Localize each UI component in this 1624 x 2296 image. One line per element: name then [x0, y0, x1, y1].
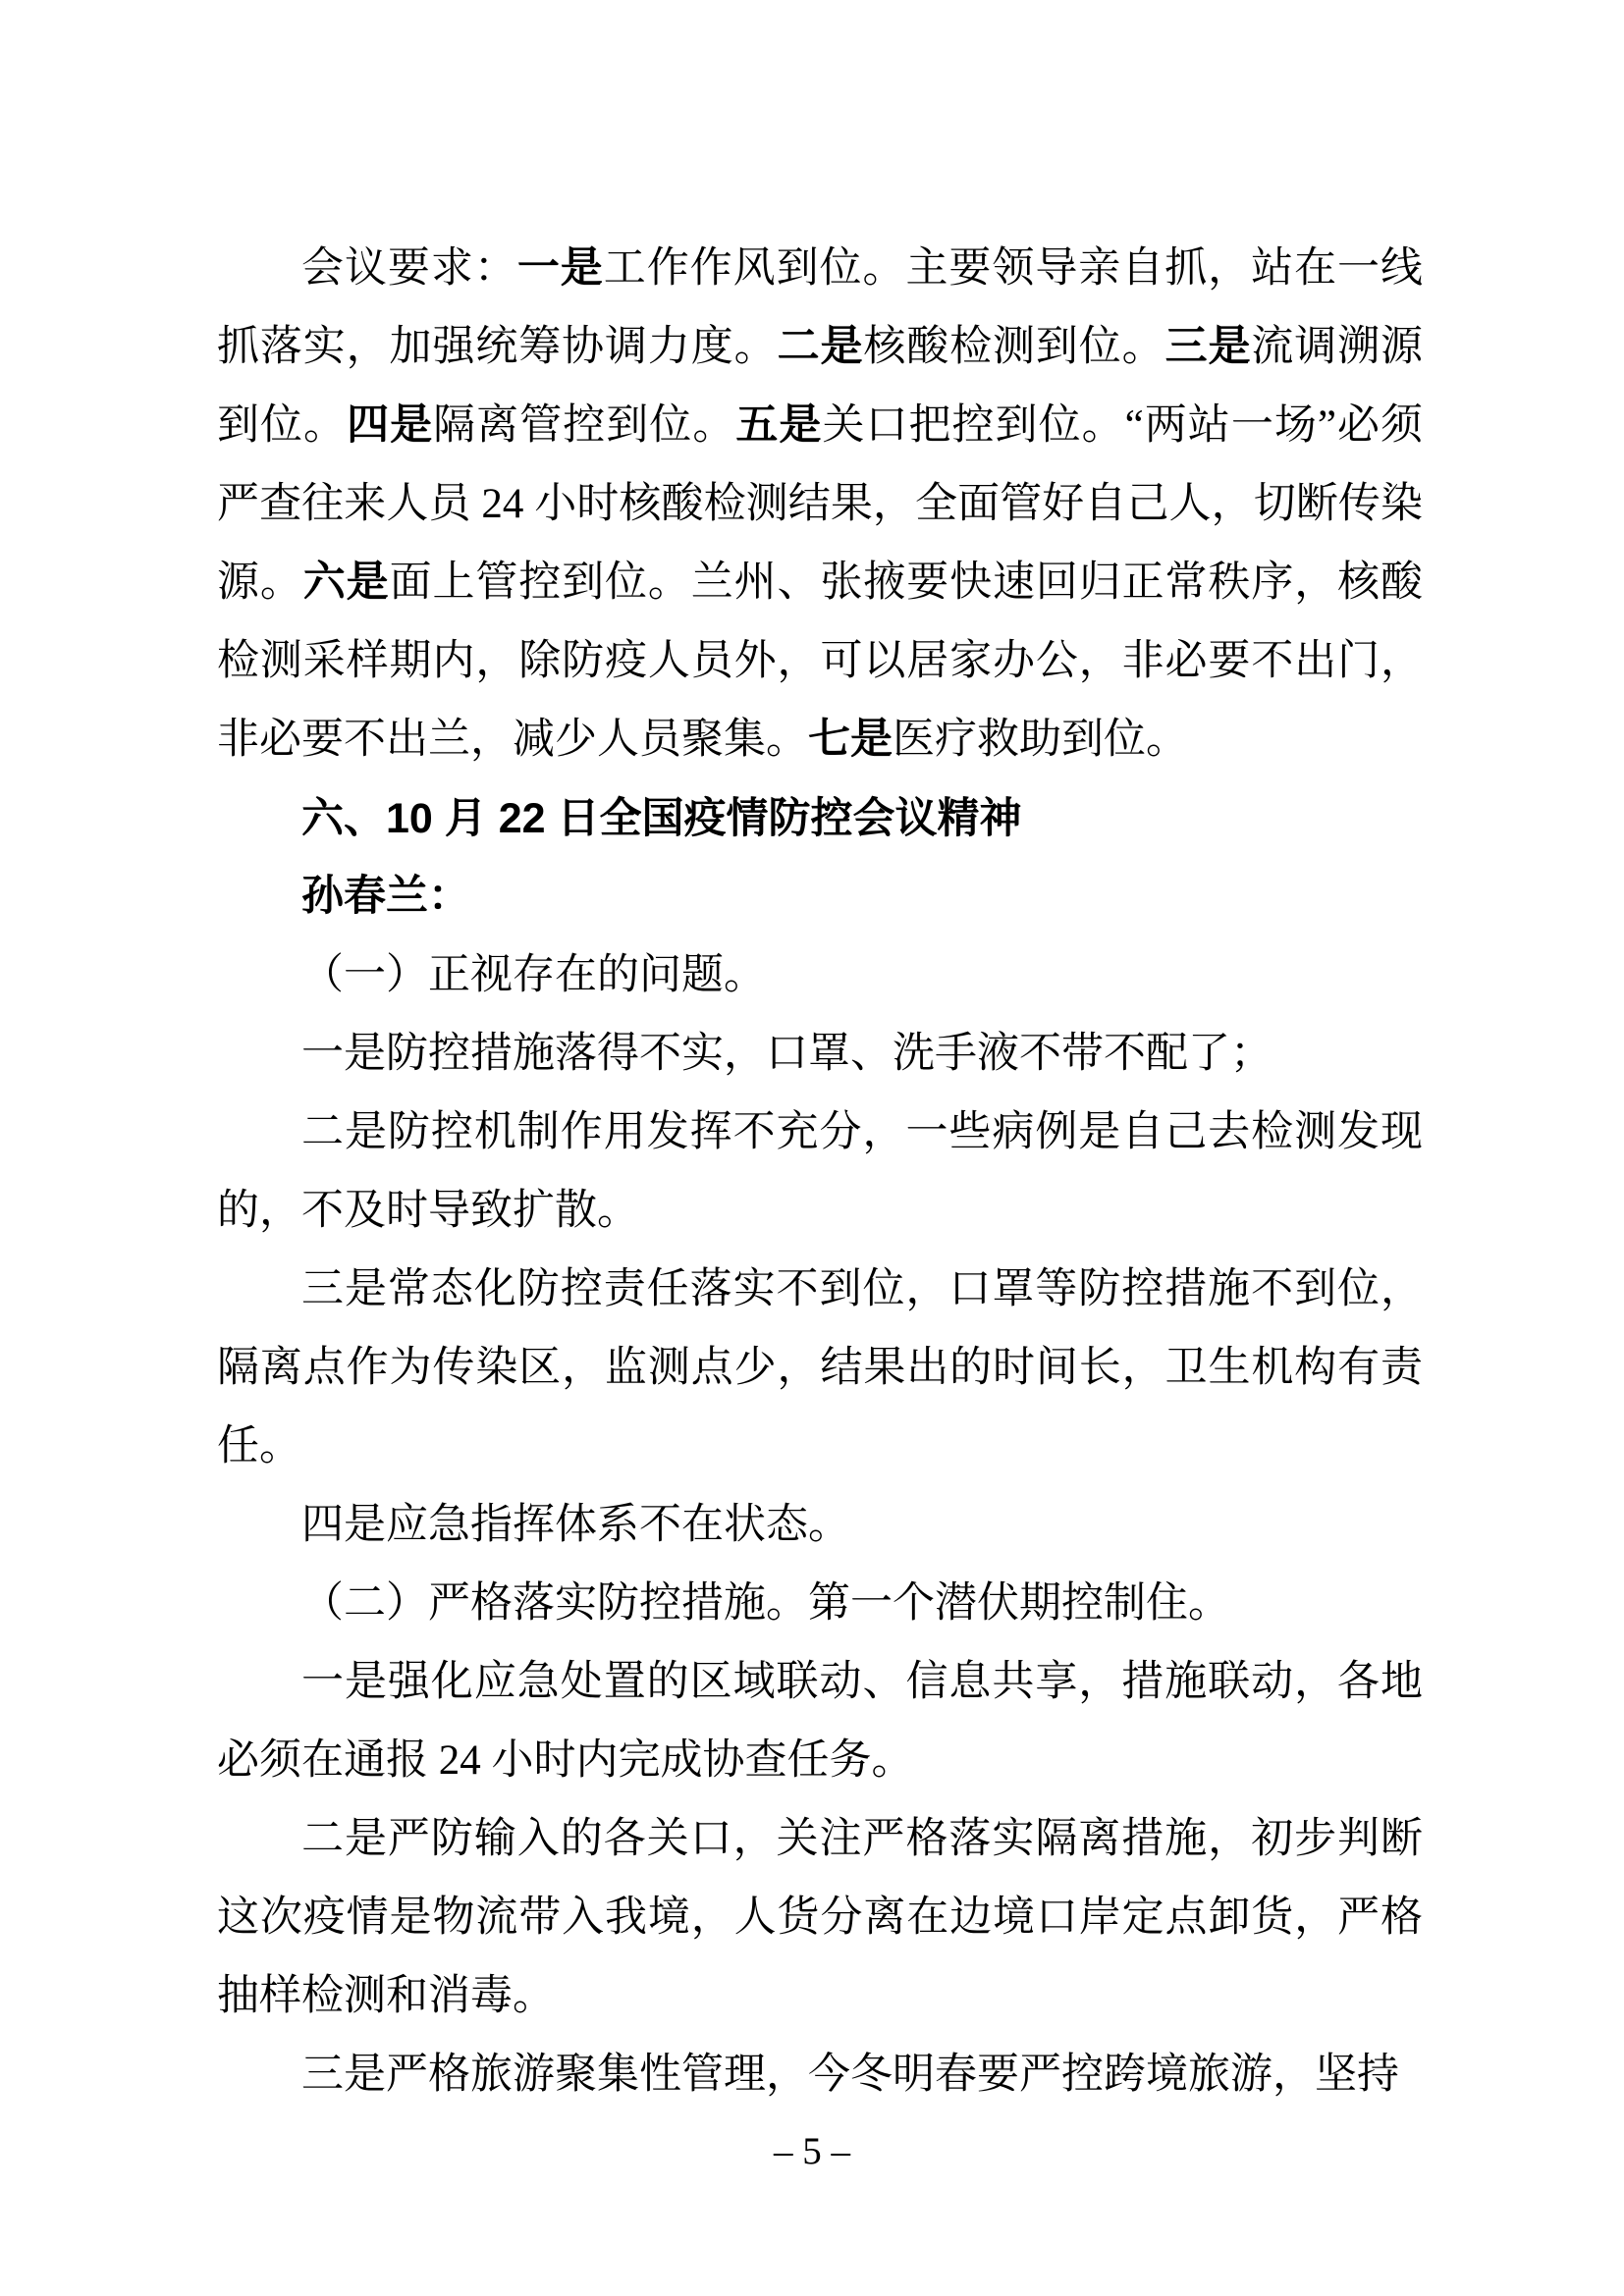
text-segment: 三是严格旅游聚集性管理，今冬明春要严控跨境旅游，坚持: [301, 2052, 1399, 2098]
paragraph: （二）严格落实防控措施。第一个潜伏期控制住。: [217, 1565, 1423, 1643]
text-segment-bold: 四是: [347, 402, 433, 449]
text-segment-bold: 三是: [1165, 324, 1252, 370]
section-heading: 六、10 月 22 日全国疫情防控会议精神: [217, 779, 1423, 858]
text-segment-bold: 五是: [735, 402, 822, 449]
text-segment: 二是严防输入的各关口，关注严格落实隔离措施，初步判断这次疫情是物流带入我境，人货…: [217, 1816, 1423, 2019]
paragraph: （一）正视存在的问题。: [217, 936, 1423, 1015]
text-segment-bold: 七是: [808, 717, 893, 763]
paragraph: 二是严防输入的各关口，关注严格落实隔离措施，初步判断这次疫情是物流带入我境，人货…: [217, 1800, 1423, 2036]
document-page: 会议要求：一是工作作风到位。主要领导亲自抓，站在一线抓落实，加强统筹协调力度。二…: [0, 0, 1624, 2296]
document-body: 会议要求：一是工作作风到位。主要领导亲自抓，站在一线抓落实，加强统筹协调力度。二…: [217, 230, 1423, 2114]
text-segment: 三是常态化防控责任落实不到位，口罩等防控措施不到位，隔离点作为传染区，监测点少，…: [217, 1266, 1423, 1469]
text-segment-bold: 六是: [303, 560, 390, 606]
text-segment: （一）正视存在的问题。: [301, 952, 766, 998]
text-segment: （二）严格落实防控措施。第一个潜伏期控制住。: [301, 1580, 1230, 1627]
paragraph: 一是强化应急处置的区域联动、信息共享，措施联动，各地必须在通报 24 小时内完成…: [217, 1643, 1423, 1800]
paragraph: 三是常态化防控责任落实不到位，口罩等防控措施不到位，隔离点作为传染区，监测点少，…: [217, 1251, 1423, 1486]
text-segment-bold: 一是: [517, 245, 604, 292]
text-segment: 医疗救助到位。: [893, 717, 1188, 763]
paragraph: 二是防控机制作用发挥不充分，一些病例是自己去检测发现的，不及时导致扩散。: [217, 1094, 1423, 1251]
text-segment: 一是强化应急处置的区域联动、信息共享，措施联动，各地必须在通报 24 小时内完成…: [217, 1659, 1423, 1784]
text-segment-bold: 孙春兰：: [301, 874, 470, 920]
text-segment-bold: 六、10 月 22 日全国疫情防控会议精神: [301, 795, 1022, 842]
text-segment: 一是防控措施落得不实，口罩、洗手液不带不配了；: [301, 1031, 1272, 1077]
text-segment: 二是防控机制作用发挥不充分，一些病例是自己去检测发现的，不及时导致扩散。: [217, 1109, 1423, 1234]
paragraph: 一是防控措施落得不实，口罩、洗手液不带不配了；: [217, 1015, 1423, 1094]
paragraph: 三是严格旅游聚集性管理，今冬明春要严控跨境旅游，坚持: [217, 2036, 1423, 2114]
paragraph: 孙春兰：: [217, 858, 1423, 936]
text-segment: 核酸检测到位。: [863, 324, 1164, 370]
text-segment-bold: 二是: [778, 324, 864, 370]
paragraph: 会议要求：一是工作作风到位。主要领导亲自抓，站在一线抓落实，加强统筹协调力度。二…: [217, 230, 1423, 779]
page-number: – 5 –: [0, 2130, 1624, 2173]
text-segment: 会议要求：: [301, 245, 517, 292]
paragraph: 四是应急指挥体系不在状态。: [217, 1486, 1423, 1565]
text-segment: 四是应急指挥体系不在状态。: [301, 1502, 850, 1548]
text-segment: 隔离管控到位。: [433, 402, 735, 449]
